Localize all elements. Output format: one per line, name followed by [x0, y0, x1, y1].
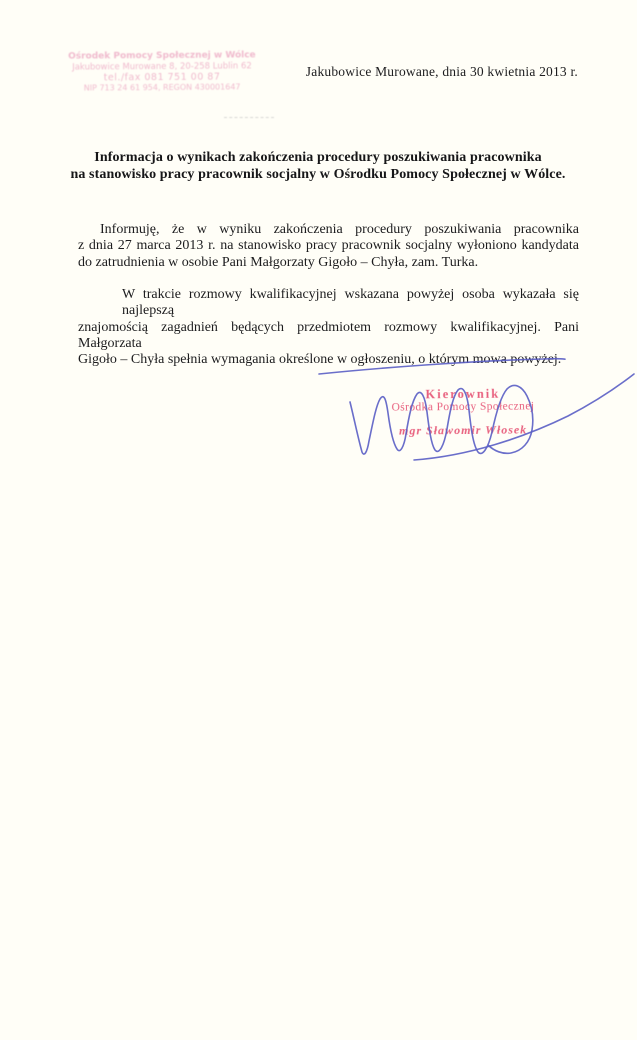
paragraph1-line2: z dnia 27 marca 2013 r. na stanowisko pr… — [78, 238, 579, 254]
signature-stamp-person: mgr Sławomir Włosek — [348, 422, 578, 439]
faint-pencil-smudge — [224, 117, 274, 118]
paragraph1-line1: Informuję, że w wyniku zakończenia proce… — [78, 222, 579, 238]
signature-stamp-org: Ośrodka Pomocy Społecznej — [348, 400, 578, 415]
body-paragraph-1: Informuję, że w wyniku zakończenia proce… — [78, 222, 579, 271]
paragraph2-line1: W trakcie rozmowy kwalifikacyjnej wskaza… — [78, 287, 579, 320]
signature-block: Kierownik Ośrodka Pomocy Społecznej mgr … — [318, 352, 637, 470]
document-title-line1: Informacja o wynikach zakończenia proced… — [58, 150, 578, 167]
paragraph2-line2: znajomością zagadnień będących przedmiot… — [78, 320, 579, 353]
place-and-date-line: Jakubowice Murowane, dnia 30 kwietnia 20… — [306, 64, 578, 80]
document-title: Informacja o wynikach zakończenia proced… — [58, 150, 578, 183]
scanned-letter-page: Ośrodek Pomocy Społecznej w Wólce Jakubo… — [0, 0, 637, 1040]
scan-bottom-edge — [0, 1040, 637, 1050]
office-stamp-nip-regon: NIP 713 24 61 954, REGON 430001647 — [62, 82, 262, 93]
signature-stamp: Kierownik Ośrodka Pomocy Społecznej mgr … — [348, 387, 578, 439]
office-header-stamp: Ośrodek Pomocy Społecznej w Wólce Jakubo… — [62, 50, 262, 93]
document-title-line2: na stanowisko pracy pracownik socjalny w… — [58, 167, 578, 184]
paragraph1-line3: do zatrudnienia w osobie Pani Małgorzaty… — [78, 255, 579, 271]
office-stamp-address: Jakubowice Murowane 8, 20-258 Lublin 62 — [62, 61, 262, 72]
